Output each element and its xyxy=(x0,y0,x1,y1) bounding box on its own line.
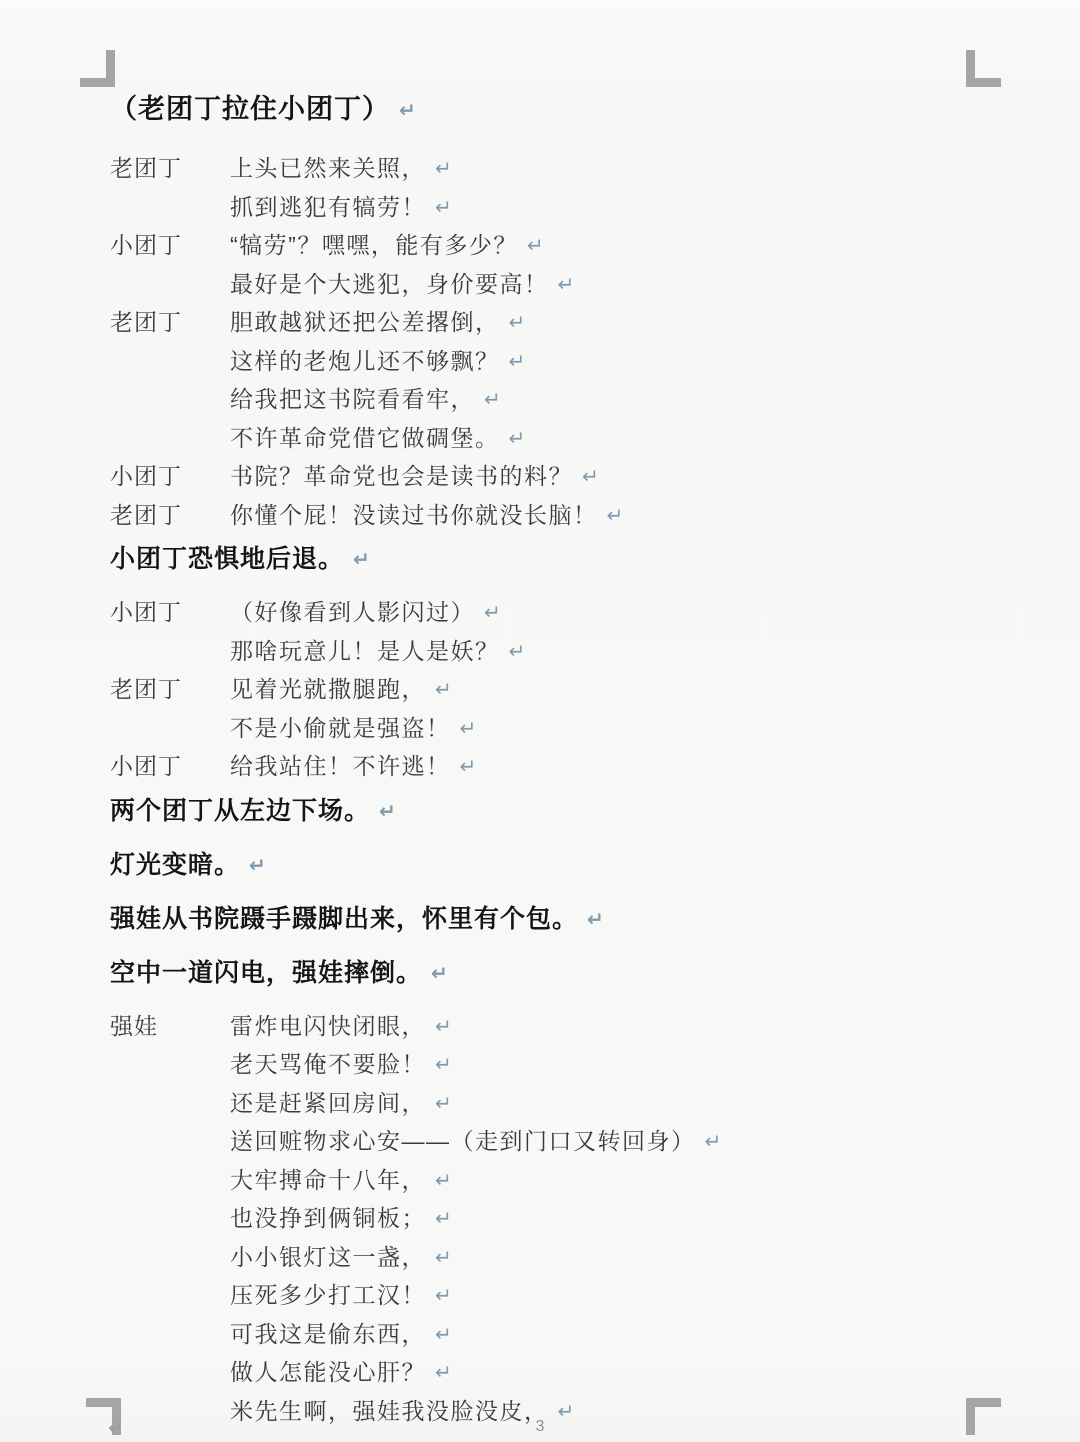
dialogue-line: 你懂个屁！没读过书你就没长脑！↵ xyxy=(230,497,1050,536)
dialogue-line: 见着光就撒腿跑，↵ xyxy=(230,671,1050,710)
speaker-name: 小团丁 xyxy=(110,594,230,632)
dialogue-line: 不是小偷就是强盗！↵ xyxy=(230,710,1050,749)
dialogue-line: 老天骂俺不要脸！↵ xyxy=(230,1046,1050,1085)
dialogue-line: 小小银灯这一盏，↵ xyxy=(230,1239,1050,1278)
dialogue-line-text: 那啥玩意儿！是人是妖？ xyxy=(230,638,500,664)
dialogue-line: 大牢搏命十八年，↵ xyxy=(230,1162,1050,1201)
crop-mark-top-right xyxy=(966,50,1001,87)
dialogue-line: 可我这是偷东西，↵ xyxy=(230,1316,1050,1355)
dialogue-lines: 你懂个屁！没读过书你就没长脑！↵ xyxy=(230,497,1050,536)
paragraph-mark-icon: ↵ xyxy=(435,1239,453,1277)
dialogue-line: 压死多少打工汉！↵ xyxy=(230,1277,1050,1316)
dialogue-line-text: （好像看到人影闪过） xyxy=(230,599,475,625)
dialogue-lines: “犒劳”？嘿嘿，能有多少？↵最好是个大逃犯，身价要高！↵ xyxy=(230,227,1050,304)
paragraph-mark-icon: ↵ xyxy=(460,748,478,786)
dialogue-lines: 雷炸电闪快闭眼，↵老天骂俺不要脸！↵还是赶紧回房间，↵送回赃物求心安——（走到门… xyxy=(230,1008,1050,1432)
dialogue-line: 做人怎能没心肝？↵ xyxy=(230,1354,1050,1393)
dialogue-line-text: 给我把这书院看看牢， xyxy=(230,386,475,412)
paragraph-mark-icon: ↵ xyxy=(435,1008,453,1046)
dialogue-block: 老团丁胆敢越狱还把公差撂倒，↵这样的老炮儿还不够飘？↵给我把这书院看看牢，↵不许… xyxy=(110,304,1050,458)
dialogue-line-text: 压死多少打工汉！ xyxy=(230,1282,426,1308)
dialogue-line: 也没挣到俩铜板；↵ xyxy=(230,1200,1050,1239)
dialogue-line-text: “犒劳”？嘿嘿，能有多少？ xyxy=(230,232,518,258)
dialogue-block: 老团丁上头已然来关照，↵抓到逃犯有犒劳！↵ xyxy=(110,150,1050,227)
dialogue-lines: 书院？革命党也会是读书的料？↵ xyxy=(230,458,1050,497)
dialogue-block: 老团丁你懂个屁！没读过书你就没长脑！↵ xyxy=(110,497,1050,536)
scene-heading: （老团丁拉住小团丁）↵ xyxy=(110,90,1050,130)
dialogue-line-text: 这样的老炮儿还不够飘？ xyxy=(230,348,500,374)
paragraph-mark-icon: ↵ xyxy=(460,710,478,748)
dialogue-lines: 上头已然来关照，↵抓到逃犯有犒劳！↵ xyxy=(230,150,1050,227)
dialogue-line: 雷炸电闪快闭眼，↵ xyxy=(230,1008,1050,1047)
stage-direction: 强娃从书院蹑手蹑脚出来，怀里有个包。↵ xyxy=(110,900,1050,939)
dialogue-line-text: 老天骂俺不要脸！ xyxy=(230,1051,426,1077)
stage-direction-text: 灯光变暗。 xyxy=(110,851,240,879)
paragraph-mark-icon: ↵ xyxy=(435,1277,453,1315)
dialogue-lines: （好像看到人影闪过）↵那啥玩意儿！是人是妖？↵ xyxy=(230,594,1050,671)
paragraph-mark-icon: ↵ xyxy=(509,343,527,381)
paragraph-mark-icon: ↵ xyxy=(558,266,576,304)
dialogue-line-text: 胆敢越狱还把公差撂倒， xyxy=(230,309,500,335)
dialogue-line-text: 书院？革命党也会是读书的料？ xyxy=(230,463,573,489)
paragraph-mark-icon: ↵ xyxy=(435,1085,453,1123)
paragraph-mark-icon: ↵ xyxy=(509,304,527,342)
dialogue-line-text: 小小银灯这一盏， xyxy=(230,1244,426,1270)
stage-direction-text: 强娃从书院蹑手蹑脚出来，怀里有个包。 xyxy=(110,905,578,933)
paragraph-mark-icon: ↵ xyxy=(249,846,267,884)
dialogue-line: 还是赶紧回房间，↵ xyxy=(230,1085,1050,1124)
dialogue-block: 老团丁见着光就撒腿跑，↵不是小偷就是强盗！↵ xyxy=(110,671,1050,748)
paragraph-mark-icon: ↵ xyxy=(509,420,527,458)
dialogue-block: 强娃雷炸电闪快闭眼，↵老天骂俺不要脸！↵还是赶紧回房间，↵送回赃物求心安——（走… xyxy=(110,1008,1050,1432)
dialogue-block: 小团丁给我站住！不许逃！↵ xyxy=(110,748,1050,787)
speaker-name: 强娃 xyxy=(110,1008,230,1046)
scene-heading-text: （老团丁拉住小团丁） xyxy=(110,94,390,124)
speaker-name: 小团丁 xyxy=(110,227,230,265)
dialogue-line-text: 做人怎能没心肝？ xyxy=(230,1359,426,1385)
paragraph-mark-icon: ↵ xyxy=(484,381,502,419)
dialogue-line-text: 给我站住！不许逃！ xyxy=(230,753,451,779)
paragraph-mark-icon: ↵ xyxy=(435,1200,453,1238)
dialogue-line: “犒劳”？嘿嘿，能有多少？↵ xyxy=(230,227,1050,266)
dialogue-line-text: 你懂个屁！没读过书你就没长脑！ xyxy=(230,502,598,528)
dialogue-line: 最好是个大逃犯，身价要高！↵ xyxy=(230,266,1050,305)
dialogue-line-text: 抓到逃犯有犒劳！ xyxy=(230,194,426,220)
dialogue-lines: 胆敢越狱还把公差撂倒，↵这样的老炮儿还不够飘？↵给我把这书院看看牢，↵不许革命党… xyxy=(230,304,1050,458)
script-content: （老团丁拉住小团丁）↵老团丁上头已然来关照，↵抓到逃犯有犒劳！↵小团丁“犒劳”？… xyxy=(110,90,1050,1431)
speaker-name: 小团丁 xyxy=(110,458,230,496)
speaker-name: 小团丁 xyxy=(110,748,230,786)
paragraph-mark-icon: ↵ xyxy=(435,1162,453,1200)
dialogue-line: （好像看到人影闪过）↵ xyxy=(230,594,1050,633)
dialogue-lines: 见着光就撒腿跑，↵不是小偷就是强盗！↵ xyxy=(230,671,1050,748)
dialogue-line-text: 可我这是偷东西， xyxy=(230,1321,426,1347)
dialogue-line-text: 上头已然来关照， xyxy=(230,155,426,181)
paragraph-mark-icon: ↵ xyxy=(705,1123,723,1161)
stage-direction-text: 小团丁恐惧地后退。 xyxy=(110,545,344,573)
paragraph-mark-icon: ↵ xyxy=(379,792,397,830)
dialogue-line-text: 最好是个大逃犯，身价要高！ xyxy=(230,271,549,297)
paragraph-mark-icon: ↵ xyxy=(607,497,625,535)
paragraph-mark-icon: ↵ xyxy=(399,91,417,129)
dialogue-line-text: 不许革命党借它做碉堡。 xyxy=(230,425,500,451)
speaker-name: 老团丁 xyxy=(110,304,230,342)
dialogue-line: 抓到逃犯有犒劳！↵ xyxy=(230,189,1050,228)
dialogue-line: 不许革命党借它做碉堡。↵ xyxy=(230,420,1050,459)
dialogue-line: 给我站住！不许逃！↵ xyxy=(230,748,1050,787)
paragraph-mark-icon: ↵ xyxy=(431,954,449,992)
dialogue-line-text: 见着光就撒腿跑， xyxy=(230,676,426,702)
dialogue-block: 小团丁“犒劳”？嘿嘿，能有多少？↵最好是个大逃犯，身价要高！↵ xyxy=(110,227,1050,304)
dialogue-block: 小团丁书院？革命党也会是读书的料？↵ xyxy=(110,458,1050,497)
stage-direction: 两个团丁从左边下场。↵ xyxy=(110,792,1050,831)
paragraph-mark-icon: ↵ xyxy=(527,227,545,265)
paragraph-mark-icon: ↵ xyxy=(484,594,502,632)
stage-direction-text: 空中一道闪电，强娃摔倒。 xyxy=(110,959,422,987)
speaker-name: 老团丁 xyxy=(110,150,230,188)
dialogue-line: 给我把这书院看看牢，↵ xyxy=(230,381,1050,420)
paragraph-mark-icon: ↵ xyxy=(435,189,453,227)
dialogue-line-text: 送回赃物求心安——（走到门口又转回身） xyxy=(230,1128,696,1154)
speaker-name: 老团丁 xyxy=(110,497,230,535)
dialogue-line-text: 也没挣到俩铜板； xyxy=(230,1205,426,1231)
dialogue-line-text: 大牢搏命十八年， xyxy=(230,1167,426,1193)
dialogue-line: 胆敢越狱还把公差撂倒，↵ xyxy=(230,304,1050,343)
dialogue-line: 那啥玩意儿！是人是妖？↵ xyxy=(230,633,1050,672)
crop-mark-top-left xyxy=(80,50,115,87)
paragraph-mark-icon: ↵ xyxy=(435,671,453,709)
dialogue-line: 这样的老炮儿还不够飘？↵ xyxy=(230,343,1050,382)
dialogue-line-text: 雷炸电闪快闭眼， xyxy=(230,1013,426,1039)
paragraph-mark-icon: ↵ xyxy=(582,458,600,496)
dialogue-lines: 给我站住！不许逃！↵ xyxy=(230,748,1050,787)
dialogue-block: 小团丁（好像看到人影闪过）↵那啥玩意儿！是人是妖？↵ xyxy=(110,594,1050,671)
paragraph-mark-icon: ↵ xyxy=(435,1046,453,1084)
dialogue-line: 送回赃物求心安——（走到门口又转回身）↵ xyxy=(230,1123,1050,1162)
dialogue-line-text: 不是小偷就是强盗！ xyxy=(230,715,451,741)
document-page: （老团丁拉住小团丁）↵老团丁上头已然来关照，↵抓到逃犯有犒劳！↵小团丁“犒劳”？… xyxy=(0,0,1080,1442)
stage-direction-text: 两个团丁从左边下场。 xyxy=(110,797,370,825)
paragraph-mark-icon: ↵ xyxy=(509,633,527,671)
stage-direction: 灯光变暗。↵ xyxy=(110,846,1050,885)
stage-direction: 小团丁恐惧地后退。↵ xyxy=(110,540,1050,579)
paragraph-mark-icon: ↵ xyxy=(587,900,605,938)
stage-direction: 空中一道闪电，强娃摔倒。↵ xyxy=(110,954,1050,993)
paragraph-mark-icon: ↵ xyxy=(435,1354,453,1392)
paragraph-mark-icon: ↵ xyxy=(435,150,453,188)
speaker-name: 老团丁 xyxy=(110,671,230,709)
dialogue-line-text: 还是赶紧回房间， xyxy=(230,1090,426,1116)
page-number: 3 xyxy=(0,1418,1080,1436)
dialogue-line: 书院？革命党也会是读书的料？↵ xyxy=(230,458,1050,497)
paragraph-mark-icon: ↵ xyxy=(435,1316,453,1354)
dialogue-line: 上头已然来关照，↵ xyxy=(230,150,1050,189)
paragraph-mark-icon: ↵ xyxy=(353,540,371,578)
